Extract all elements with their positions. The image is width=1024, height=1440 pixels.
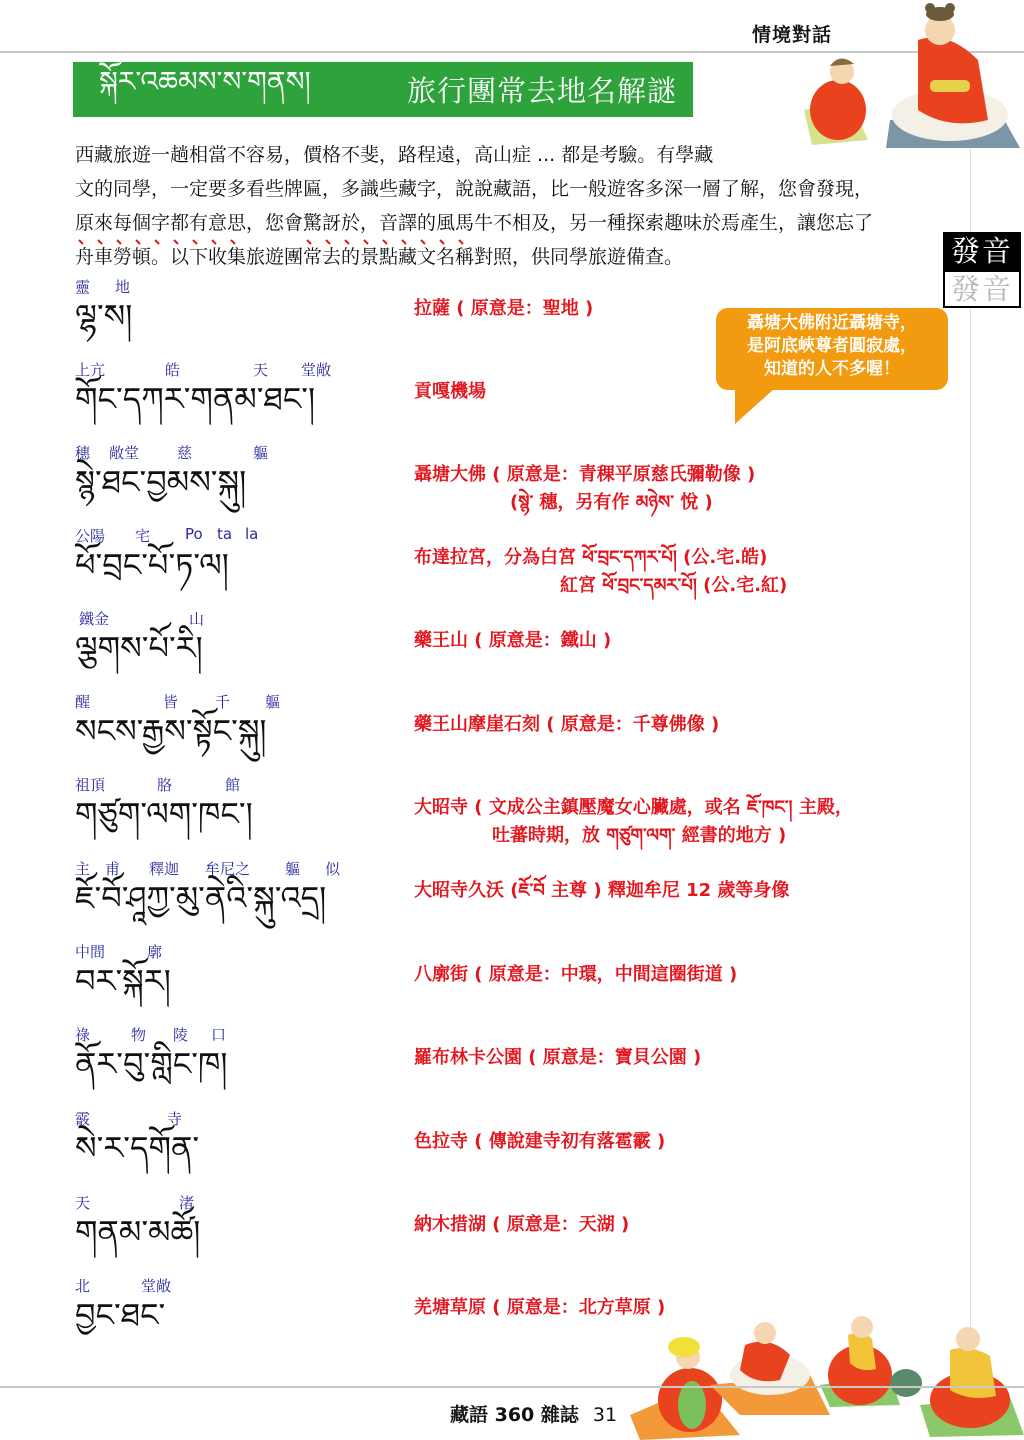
gloss-row: 鐵金 山 xyxy=(75,608,405,628)
gloss-row: 上亢 皓 天 堂敞 xyxy=(75,359,405,379)
gloss-word: 皆 xyxy=(163,691,178,712)
tibetan-term: སངས་རྒྱས་སྟོང་སྐུ། xyxy=(75,711,405,751)
gloss-row: 公陽 宅 Po ta la xyxy=(75,525,405,545)
gloss-row: 穗 敞堂 慈 軀 xyxy=(75,442,405,462)
gloss-word: 中間 xyxy=(75,941,105,962)
intro-line: 西藏旅遊一趟相當不容易，價格不斐，路程遠，高山症 ... 都是考驗。有學藏 xyxy=(75,138,970,172)
gloss-word: 牟尼之 xyxy=(205,858,250,879)
gloss-word: 穗 xyxy=(75,442,90,463)
gloss-word: 霰 xyxy=(75,1108,90,1129)
gloss-word: 鐵金 xyxy=(79,608,109,629)
gloss-word: 胳 xyxy=(157,774,172,795)
meaning-line: 色拉寺 ( 傳說建寺初有落雹霰 ) xyxy=(414,1128,665,1156)
entry-meaning: 羌塘草原 ( 原意是：北方草原 ) xyxy=(414,1294,665,1322)
entry-meaning: 羅布林卡公園 ( 原意是：寶貝公園 ) xyxy=(414,1044,701,1072)
gloss-word: 口 xyxy=(211,1024,226,1045)
illustration-seated-monks xyxy=(630,1305,1024,1440)
tibetan-term: བྱང་ཐང་ xyxy=(75,1295,405,1335)
tibetan-term: སེ་ར་དགོན་ xyxy=(75,1128,405,1168)
gloss-word: 祖頂 xyxy=(75,774,105,795)
gloss-word: 宅 xyxy=(135,525,150,546)
tibetan-term: གོང་དཀར་གནམ་ཐང་། xyxy=(75,379,405,419)
entry-tibetan-block: 霰 寺 སེ་ར་དགོན་ xyxy=(75,1108,405,1168)
gloss-word: 軀 xyxy=(253,442,268,463)
gloss-word: 敞堂 xyxy=(109,442,139,463)
gloss-word: 軀 xyxy=(285,858,300,879)
meaning-line: 大昭寺久沃 (ཇོ་བོ 主尊 ) 釋迦牟尼 12 歲等身像 xyxy=(414,877,789,905)
callout-line: 知道的人不多喔！ xyxy=(716,358,948,381)
meaning-line: 羅布林卡公園 ( 原意是：寶貝公園 ) xyxy=(414,1044,701,1072)
tibetan-term: ལྕགས་པོ་རི། xyxy=(75,628,405,668)
pronunciation-toggle[interactable]: 發音 發音 xyxy=(943,232,1021,308)
tibetan-term: བར་སྐོར། xyxy=(75,961,405,1001)
entry-tibetan-block: 上亢 皓 天 堂敞 གོང་དཀར་གནམ་ཐང་། xyxy=(75,359,405,419)
gloss-row: 祿 物 陵 口 xyxy=(75,1024,405,1044)
gloss-word: 陵 xyxy=(173,1024,188,1045)
callout-bubble: 聶塘大佛附近聶塘寺， 是阿底峽尊者圓寂處， 知道的人不多喔！ xyxy=(716,308,948,390)
gloss-word: 釋迦 xyxy=(149,858,179,879)
gloss-word: 軀 xyxy=(265,691,280,712)
gloss-word: 皓 xyxy=(165,359,180,380)
gloss-row: 天 渚 xyxy=(75,1192,405,1212)
page-footer: 藏語 360 雜誌31 xyxy=(450,1400,617,1427)
pronunciation-button-inactive[interactable]: 發音 xyxy=(943,270,1021,308)
entry-tibetan-block: 天 渚 གནམ་མཚོ། xyxy=(75,1192,405,1252)
entry-meaning: 藥王山摩崖石刻 ( 原意是：千尊佛像 ) xyxy=(414,711,719,739)
tibetan-term: ལྷ་ས། xyxy=(75,296,405,336)
entry-tibetan-block: 醒 皆 千 軀 སངས་རྒྱས་སྟོང་སྐུ། xyxy=(75,691,405,751)
gloss-word: 醒 xyxy=(75,691,90,712)
callout-tail xyxy=(735,388,775,424)
gloss-word: 千 xyxy=(215,691,230,712)
entry-meaning: 納木措湖 ( 原意是：天湖 ) xyxy=(414,1211,629,1239)
entry-tibetan-block: 公陽 宅 Po ta la ཕོ་བྲང་པོ་ཏ་ལ། xyxy=(75,525,405,585)
gloss-word: 廓 xyxy=(147,941,162,962)
gloss-word: 上亢 xyxy=(75,359,105,380)
tibetan-term: གཙུག་ལག་ཁང་། xyxy=(75,794,405,834)
meaning-line: 吐蕃時期，放 གཙུག་ལག་ 經書的地方 ) xyxy=(414,822,853,850)
entry-meaning: 藥王山 ( 原意是：鐵山 ) xyxy=(414,627,611,655)
gloss-row: 主 甫 釋迦 牟尼之 軀 似 xyxy=(75,858,405,878)
meaning-line: 聶塘大佛 ( 原意是：青稞平原慈氏彌勒像 ) xyxy=(414,461,755,489)
meaning-line: 紅宮 ཕོ་བྲང་དམར་པོ། (公.宅.紅) xyxy=(414,572,787,600)
magazine-name: 藏語 360 雜誌 xyxy=(450,1404,579,1426)
entry-meaning: 色拉寺 ( 傳說建寺初有落雹霰 ) xyxy=(414,1128,665,1156)
gloss-word: 山 xyxy=(189,608,204,629)
illustration-teacher-student xyxy=(790,0,1024,150)
gloss-word: 北 xyxy=(75,1275,90,1296)
meaning-line: (སྙེ་ 穗，另有作 མཉེས་ 悅 ) xyxy=(414,489,755,517)
intro-line: 文的同學，一定要多看些牌匾，多識些藏字，說說藏語，比一般遊客多深一層了解，您會發… xyxy=(75,172,970,206)
entry-meaning: 布達拉宮，分為白宮 ཕོ་བྲང་དཀར་པོ། (公.宅.皓) 紅宮 ཕོ་བ… xyxy=(414,544,787,600)
meaning-line: 貢嘎機場 xyxy=(414,378,486,406)
gloss-word: 渚 xyxy=(179,1192,194,1213)
gloss-word: 天 xyxy=(75,1192,90,1213)
meaning-line: 拉薩 ( 原意是：聖地 ) xyxy=(414,295,593,323)
gloss-word: 物 xyxy=(131,1024,146,1045)
emphasis-marks xyxy=(75,232,915,238)
gloss-row: 祖頂 胳 館 xyxy=(75,774,405,794)
entry-tibetan-block: 祿 物 陵 口 ནོར་བུ་གླིང་ཁ། xyxy=(75,1024,405,1084)
tibetan-term: གནམ་མཚོ། xyxy=(75,1212,405,1252)
entry-tibetan-block: 北 堂敞 བྱང་ཐང་ xyxy=(75,1275,405,1335)
intro-paragraph: 西藏旅遊一趟相當不容易，價格不斐，路程遠，高山症 ... 都是考驗。有學藏 文的… xyxy=(75,138,970,274)
entry-meaning: 八廓街 ( 原意是：中環，中間這圈街道 ) xyxy=(414,961,737,989)
pronunciation-button-active[interactable]: 發音 xyxy=(943,232,1021,270)
gloss-word: 甫 xyxy=(105,858,120,879)
gloss-word: 天 xyxy=(253,359,268,380)
meaning-line: 大昭寺 ( 文成公主鎮壓魔女心臟處，或名 ཇོ་ཁང་། 主殿， xyxy=(414,794,853,822)
gloss-word: la xyxy=(245,525,258,543)
meaning-line: 羌塘草原 ( 原意是：北方草原 ) xyxy=(414,1294,665,1322)
entry-meaning: 大昭寺久沃 (ཇོ་བོ 主尊 ) 釋迦牟尼 12 歲等身像 xyxy=(414,877,789,905)
gloss-word: 堂敞 xyxy=(301,359,331,380)
gloss-word: 地 xyxy=(115,276,130,297)
meaning-line: 藥王山摩崖石刻 ( 原意是：千尊佛像 ) xyxy=(414,711,719,739)
entry-tibetan-block: 主 甫 釋迦 牟尼之 軀 似 ཇོ་བོ་ཤཱཀྱ་མུ་ནེའི་སྐུ་འད… xyxy=(75,858,405,918)
tibetan-term: སྙེ་ཐང་བྱམས་སྐུ། xyxy=(75,462,405,502)
entry-tibetan-block: 穗 敞堂 慈 軀 སྙེ་ཐང་བྱམས་སྐུ། xyxy=(75,442,405,502)
gloss-word: Po xyxy=(185,525,203,543)
emphasis-dots-icon xyxy=(75,239,915,247)
meaning-line: 納木措湖 ( 原意是：天湖 ) xyxy=(414,1211,629,1239)
callout-line: 聶塘大佛附近聶塘寺， xyxy=(716,312,948,335)
entry-tibetan-block: 中間 廓 བར་སྐོར། xyxy=(75,941,405,1001)
title-chinese: 旅行團常去地名解謎 xyxy=(389,69,677,110)
gloss-row: 霰 寺 xyxy=(75,1108,405,1128)
gloss-word: 主 xyxy=(75,858,90,879)
gloss-word: ta xyxy=(217,525,232,543)
entry-tibetan-block: 祖頂 胳 館 གཙུག་ལག་ཁང་། xyxy=(75,774,405,834)
gloss-row: 北 堂敞 xyxy=(75,1275,405,1295)
gloss-word: 寺 xyxy=(167,1108,182,1129)
title-banner: སྐོར་འཆམས་ས་གནས། 旅行團常去地名解謎 xyxy=(73,62,693,117)
tibetan-term: ཕོ་བྲང་པོ་ཏ་ལ། xyxy=(75,545,405,585)
gloss-row: 靈 地 xyxy=(75,276,405,296)
gloss-row: 醒 皆 千 軀 xyxy=(75,691,405,711)
tibetan-term: ཇོ་བོ་ཤཱཀྱ་མུ་ནེའི་སྐུ་འདྲ། xyxy=(75,878,405,918)
gloss-word: 靈 xyxy=(75,276,90,297)
gloss-word: 堂敞 xyxy=(141,1275,171,1296)
meaning-line: 布達拉宮，分為白宮 ཕོ་བྲང་དཀར་པོ། (公.宅.皓) xyxy=(414,544,787,572)
entry-tibetan-block: 鐵金 山 ལྕགས་པོ་རི། xyxy=(75,608,405,668)
meaning-line: 八廓街 ( 原意是：中環，中間這圈街道 ) xyxy=(414,961,737,989)
entry-meaning: 拉薩 ( 原意是：聖地 ) xyxy=(414,295,593,323)
entry-meaning: 聶塘大佛 ( 原意是：青稞平原慈氏彌勒像 ) (སྙེ་ 穗，另有作 མཉེས་… xyxy=(414,461,755,517)
gloss-word: 館 xyxy=(225,774,240,795)
entry-meaning: 貢嘎機場 xyxy=(414,378,486,406)
tibetan-term: ནོར་བུ་གླིང་ཁ། xyxy=(75,1044,405,1084)
bottom-divider xyxy=(0,1386,1024,1388)
gloss-word: 慈 xyxy=(177,442,192,463)
callout-line: 是阿底峽尊者圓寂處， xyxy=(716,335,948,358)
meaning-line: 藥王山 ( 原意是：鐵山 ) xyxy=(414,627,611,655)
gloss-word: 公陽 xyxy=(75,525,105,546)
title-tibetan: སྐོར་འཆམས་ས་གནས། xyxy=(73,50,389,129)
entry-meaning: 大昭寺 ( 文成公主鎮壓魔女心臟處，或名 ཇོ་ཁང་། 主殿， 吐蕃時期，放 … xyxy=(414,794,853,850)
page-number: 31 xyxy=(593,1404,617,1426)
gloss-word: 似 xyxy=(325,858,340,879)
entry-tibetan-block: 靈 地 ལྷ་ས། xyxy=(75,276,405,336)
gloss-word: 祿 xyxy=(75,1024,90,1045)
gloss-row: 中間 廓 xyxy=(75,941,405,961)
